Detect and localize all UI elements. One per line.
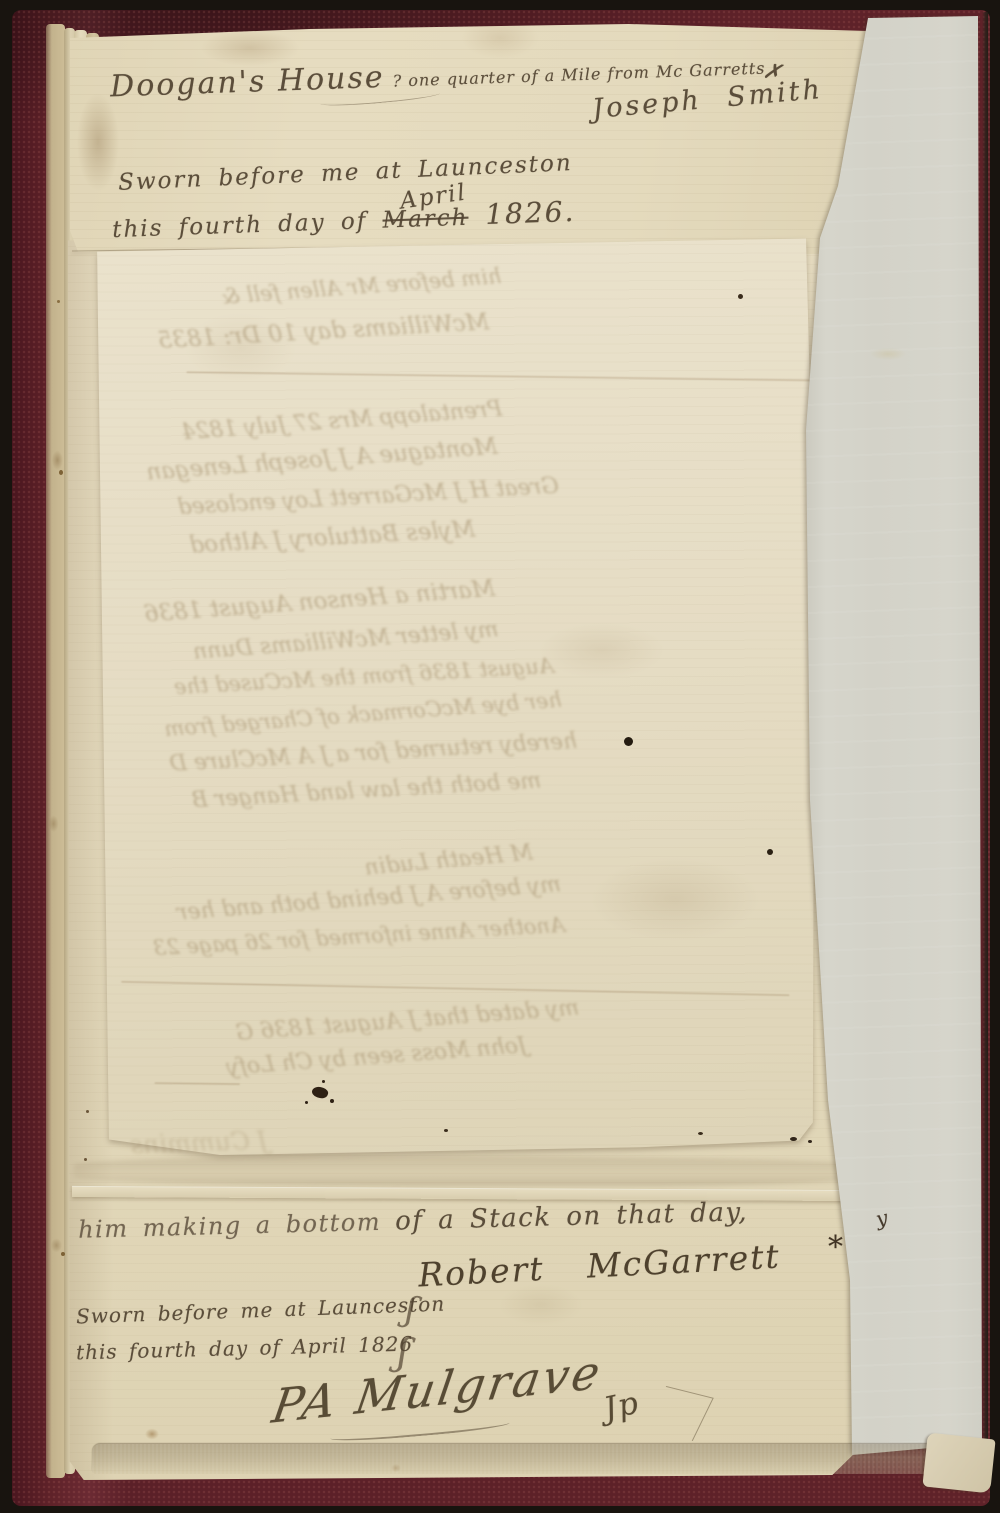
- pasted-sheet: him before Mr Allen fell & McWilliams da…: [96, 234, 820, 1159]
- ink-dot: [624, 737, 633, 746]
- ink-dot: [322, 1080, 325, 1083]
- ink-dot: [767, 849, 773, 855]
- paper-speck: [59, 470, 63, 475]
- bleedthrough-line: McWilliams day 10 Dr: 1835: [118, 307, 529, 356]
- page-edge-strip: [46, 24, 65, 1478]
- ink-dot: [305, 1101, 308, 1104]
- ink-dot: [444, 1129, 448, 1132]
- rule-line: [187, 372, 812, 384]
- bleedthrough-line: my dated that J August 1836 G: [187, 992, 628, 1050]
- asterisk-mark: *: [828, 1230, 845, 1265]
- ink-dot: [698, 1132, 703, 1135]
- fold-band: [92, 1444, 948, 1474]
- ink-dot: [790, 1137, 797, 1141]
- ink-dot: [330, 1099, 334, 1103]
- bleedthrough-line: him before Mr Allen fell &: [191, 262, 532, 311]
- paper-speck: [61, 1252, 65, 1256]
- witness-first: Robert: [417, 1249, 545, 1295]
- paper-speck: [86, 1110, 89, 1113]
- tissue-crumple-corner: [922, 1433, 995, 1494]
- ink-dot: [738, 294, 743, 299]
- year-text: 1826.: [468, 195, 576, 232]
- scanned-document-photo: him before Mr Allen fell & McWilliams da…: [0, 0, 1000, 1513]
- rule-line: [121, 981, 789, 998]
- short-underline: [155, 1083, 240, 1088]
- gutter-shadow: [982, 12, 988, 1464]
- magistrate-title: Jp: [601, 1385, 643, 1428]
- shadow-band: [74, 1156, 864, 1186]
- paper-speck: [57, 300, 60, 303]
